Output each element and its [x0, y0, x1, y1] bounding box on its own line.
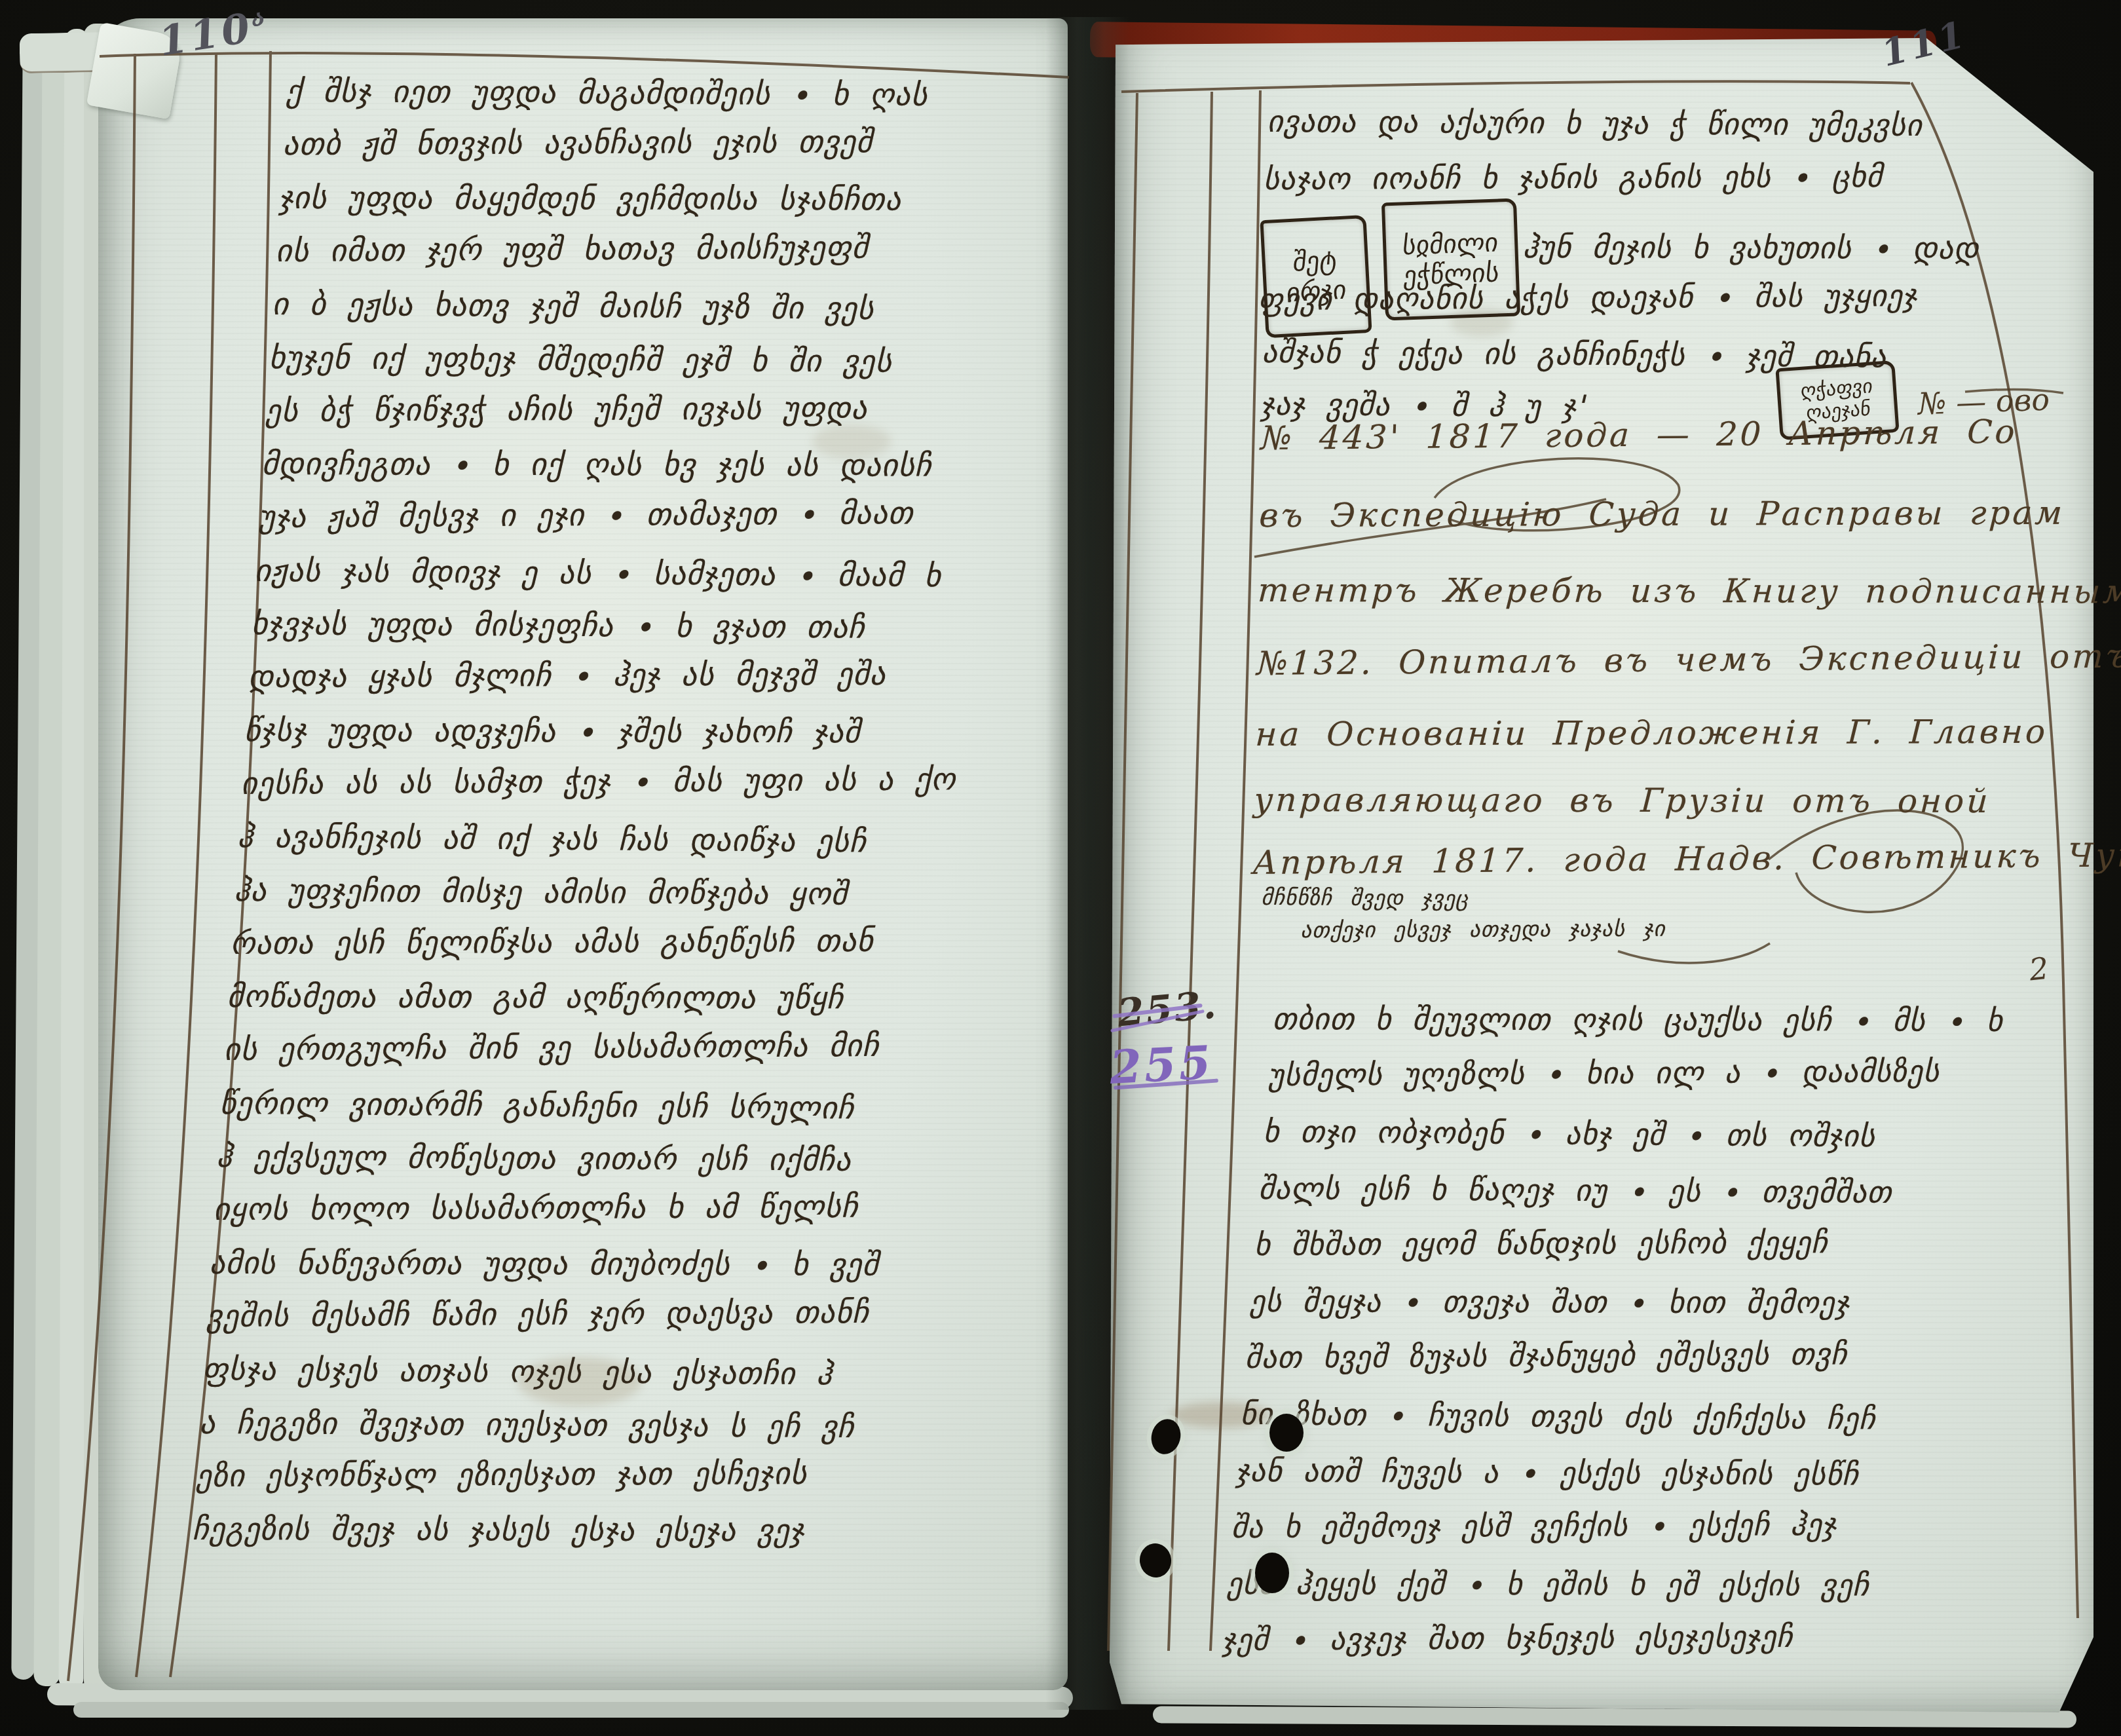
manuscript-line: აშჯან ჭ ეჭეა ის განჩინეჭს ∙ ჯეშ თანა	[1260, 334, 1892, 374]
gutter-shadow	[1045, 17, 1129, 1710]
manuscript-line: ნი ზხათ ∙ ჩუვის თვეს ძეს ქეჩქესა ჩეჩ	[1238, 1396, 1882, 1437]
manuscript-line: ის იმათ ჯერ უფშ ხათავ მაისჩუჯეფშ	[274, 229, 874, 269]
manuscript-line: ესა ჰეყეს ქეშ ∙ ხ ეშის ხ ეშ ესქის ვეჩ	[1224, 1566, 1875, 1603]
manuscript-line: შათ ხვეშ ზუჯას შჯანუყებ ეშესვეს თვჩ	[1243, 1336, 1853, 1376]
manuscript-line: ათბ ჟშ ნთვჯის ავანჩავის ეჯის თვეშ	[280, 124, 878, 162]
manuscript-line: Апрѣля 1817. года Надв. Совѣтникъ Чутыхъ	[1252, 835, 2121, 882]
manuscript-line: ფევი დაღანის აჭეს დაეჯან ∙ შას უჯყიეჯ	[1256, 278, 1923, 317]
folio-superscript: ა	[250, 4, 270, 32]
manuscript-line: ათქეჯი ესვეჯ ათჯედა ჯაჯას ჯი	[1299, 916, 1670, 943]
manuscript-line: წჯსჯ უფდა ადვჯეჩა ∙ ჯშეს ჯახოჩ ჯაშ	[242, 713, 867, 750]
manuscript-line: ჰ ავანჩეჯის აშ იქ ჯას ჩას დაიწჯა ესჩ	[235, 819, 873, 859]
manuscript-line: тентръ Жеребѣ изъ Книгу подписаннымъ	[1257, 571, 2121, 611]
manuscript-line: შალს ესჩ ხ წაღეჯ იუ ∙ ეს ∙ თვემშათ	[1256, 1171, 1898, 1210]
manuscript-line: იყოს ხოლო სასამართლჩა ხ ამ წელსჩ	[211, 1189, 864, 1228]
manuscript-line: управляющаго въ Грузіи отъ оной	[1253, 781, 1991, 820]
manuscript-line: ვეშის მესამჩ წამი ესჩ ჯერ დაესვა თანჩ	[204, 1294, 875, 1334]
manuscript-line: ჰ ექვსეულ მოწესეთა ვითარ ესჩ იქმჩა	[214, 1139, 857, 1179]
manuscript-line: უსმელს უღეზლს ∙ ხია ილ ა ∙ დაამსზეს	[1266, 1053, 1945, 1093]
manuscript-line: ეს შეყჯა ∙ თვეჯა შათ ∙ ხით შემოეჯ	[1247, 1283, 1855, 1320]
manuscript-line: ჰა უფჯეჩით მისჯე ამისი მოწჯება ყოშ	[231, 873, 854, 913]
manuscript-line: ხჯვჯას უფდა მისჯეფჩა ∙ ხ ვჯათ თაჩ	[249, 606, 871, 646]
manuscript-line: № 443' 1817 года — 20 Апрѣля Со	[1260, 413, 2018, 457]
manuscript-line: შა ხ ეშემოეჯ ესშ ვეჩქის ∙ ესქეჩ ჰეჯ	[1229, 1507, 1843, 1545]
manuscript-line: იჟას ჯას მდივჯ ე ას ∙ სამჯეთა ∙ მაამ ხ	[252, 553, 947, 594]
manuscript-line: ჯეშ ∙ ავჯეჯ შათ ხჯნეჯეს ესეჯესეჯეჩ	[1220, 1619, 1799, 1657]
scanned-manuscript-spread: 110ა 111 253. 255 შეტ ირჯი სჲმილი ეჭწლის…	[0, 0, 2121, 1736]
manuscript-line: მჩნწზჩ შვედ ჯვეც	[1260, 884, 1473, 911]
manuscript-line: въ Экспедицію Суда и Расправы грам	[1258, 494, 2065, 535]
manuscript-line: ხუჯენ იქ უფხეჯ მშედეჩშ ეჯშ ხ ში ვეს	[266, 340, 897, 380]
manuscript-line: იესჩა ას ას სამჯთ ჭეჯ ∙ მას უფი ას ა ქო	[239, 761, 962, 802]
manuscript-line: ხ თჯი ობჯობენ ∙ ახჯ ეშ ∙ თს ოშჯის	[1261, 1114, 1881, 1154]
manuscript-line: ამის ნაწევართა უფდა მიუბოძეს ∙ ხ ვეშ	[208, 1245, 886, 1283]
manuscript-line: ა ჩეგეზი შვეჯათ იუესჯათ ვესჯა ს ეჩ ვჩ	[197, 1405, 860, 1445]
manuscript-line: ფსჯა ესჯეს ათჯას ოჯეს ესა ესჯათჩი ჰ	[200, 1351, 839, 1392]
manuscript-line: №132. Опиталъ въ чемъ Экспедиціи отъ 12.	[1256, 636, 2121, 683]
manuscript-line: საჯაო იოანჩ ხ ჯანის განის ეხს ∙ ცხმ	[1262, 159, 1888, 197]
wormhole	[1269, 1414, 1304, 1452]
manuscript-line: ივათა და აქაური ხ უჯა ჭ წილი უმეკვსი	[1265, 104, 1928, 143]
annotation-box-line: სჲმილი	[1401, 227, 1500, 261]
manuscript-line: ის ერთგულჩა შინ ვე სასამართლჩა მიჩ	[221, 1028, 885, 1068]
manuscript-line: ი ბ ეჟსა ხათვ ჯეშ მაისჩ უჯზ ში ვეს	[270, 286, 880, 327]
manuscript-line: მდივჩეგთა ∙ ხ იქ ღას ხვ ჯეს ას დაისჩ	[259, 446, 937, 484]
manuscript-line: ჯის უფდა მაყემდენ ვეჩმდისა სჯანჩთა	[277, 180, 908, 217]
entry-mark: 2	[2027, 951, 2050, 988]
manuscript-line: დადჯა ყჯას მჯლიჩ ∙ ჰეჯ ას მეჯვშ ეშა	[246, 656, 892, 695]
manuscript-line: ეს ბჭ წჯიწჯვჭ აჩის უჩეშ ივჯას უფდა	[263, 390, 874, 429]
page-edge-stack-bottom	[73, 1702, 1069, 1718]
wormhole	[1255, 1553, 1289, 1593]
manuscript-line: ჯან ათშ ჩუვეს ა ∙ ესქეს ესჯანის ესწჩ	[1233, 1453, 1865, 1492]
manuscript-line: ხ შხშათ ეყომ წანდჯის ესჩობ ქეყეჩ	[1252, 1224, 1834, 1262]
manuscript-line: ქ შსჯ იეთ უფდა მაგამდიშეის ∙ ხ ღას	[284, 73, 934, 113]
manuscript-line: მოწამეთა ამათ გამ აღწერილთა უწყჩ	[225, 979, 850, 1016]
manuscript-line: უჯა ჟაშ მესვჯ ი ეჯი ∙ თამაჯეთ ∙ მაათ	[256, 495, 919, 535]
manuscript-line: ჰუნ მეჯის ხ ვახუთის ∙ დად	[1520, 229, 1985, 266]
manuscript-line: ეზი ესჯონწჯალ ეზიესჯათ ჯათ ესჩეჯის	[194, 1456, 814, 1494]
manuscript-line: на Основаніи Предложенія Г. Главно	[1254, 713, 2048, 753]
annotation-box-line: შეტ	[1292, 245, 1338, 278]
manuscript-line: რათა ესჩ წელიწჯსა ამას განეწესჩ თან	[229, 923, 880, 962]
manuscript-line: ჩეგეზის შვეჯ ას ჯასეს ესჯა ესეჯა ვეჯ	[190, 1511, 810, 1549]
annotation-box: შეტ ირჯი	[1260, 215, 1372, 338]
manuscript-line: წერილ ვითარმჩ განაჩენი ესჩ სრულიჩ	[217, 1085, 861, 1127]
manuscript-line: თბით ხ შეუვლით ღჯის ცაუქსა ესჩ ∙ მს ∙ ხ	[1270, 1001, 2009, 1038]
